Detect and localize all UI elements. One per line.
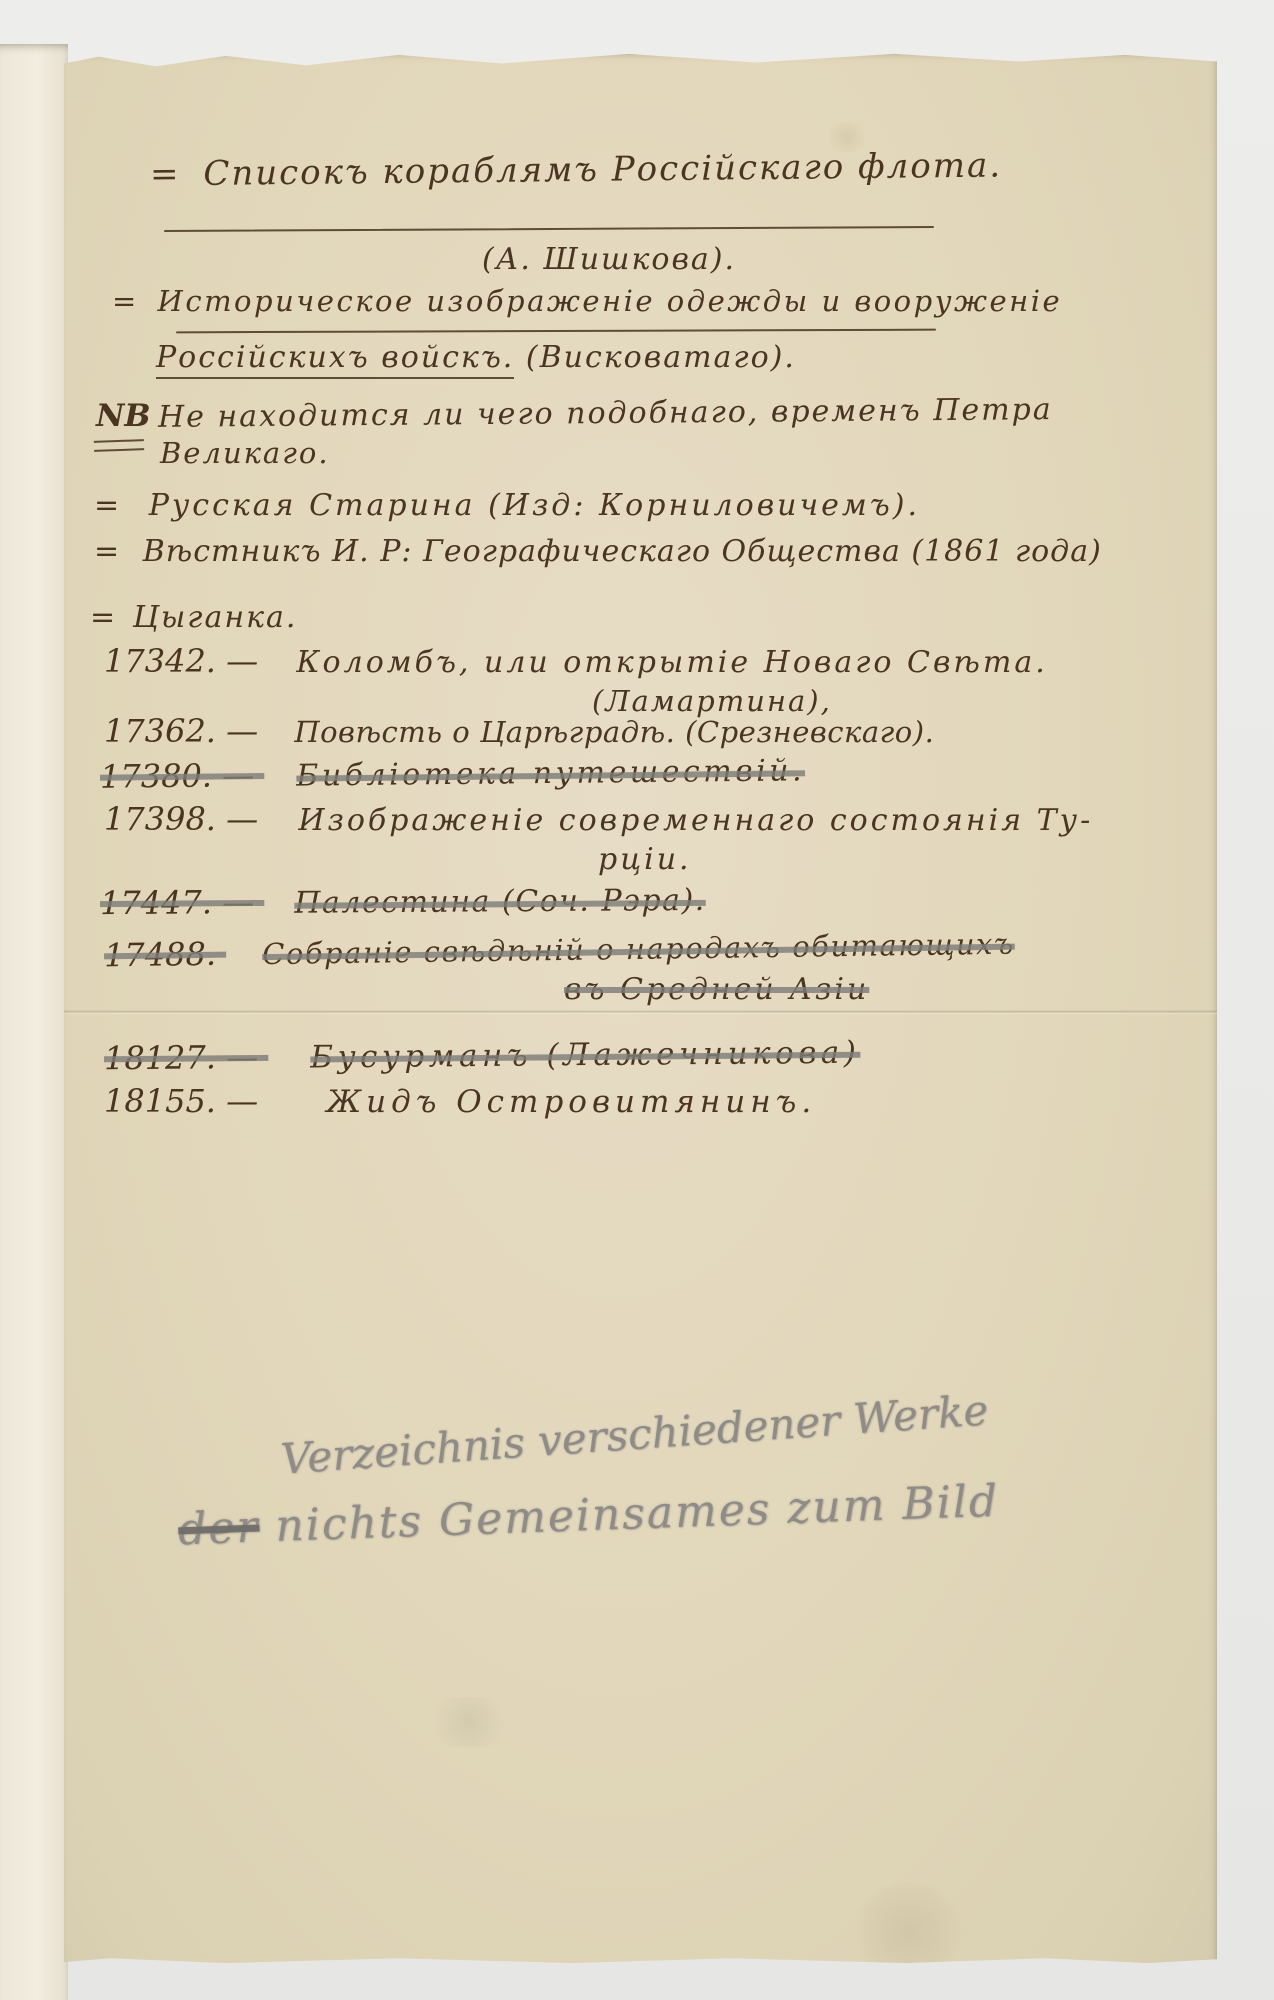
entry-line: (А. Шишкова). bbox=[482, 242, 736, 277]
entry-line-struck: 18127. — Бусурманъ (Лажечникова) bbox=[104, 1033, 861, 1078]
entry-line: = Русская Старина (Изд: Корниловичемъ). bbox=[94, 488, 920, 523]
entry-number: 17362. — bbox=[104, 712, 258, 750]
entry-line: Не находится ли чего подобнаго, временъ … bbox=[158, 392, 1053, 435]
entry-number: 17342. — bbox=[104, 642, 258, 680]
entry-line-struck: 17488. Собраніе свѣдѣній о народахъ обит… bbox=[104, 924, 1015, 975]
entry-line: = Цыганка. bbox=[90, 600, 297, 635]
entry-line: 17362. — Повѣсть о Царѣградѣ. (Срезневск… bbox=[104, 712, 934, 750]
scanned-document: = Списокъ кораблямъ Россійскаго флота. (… bbox=[0, 0, 1274, 2000]
manuscript-page: = Списокъ кораблямъ Россійскаго флота. (… bbox=[64, 52, 1217, 1964]
entry-line: = Вѣстникъ И. Р: Географическаго Обществ… bbox=[94, 534, 1102, 569]
entry-text: Списокъ кораблямъ Россійскаго флота. bbox=[203, 146, 1002, 194]
equals-marker: = bbox=[90, 600, 115, 635]
entry-line-struck: 17380. — Библіотека путешествій. bbox=[100, 750, 805, 795]
entry-text: Россійскихъ войскъ. bbox=[156, 340, 514, 379]
entry-text: Цыганка. bbox=[133, 600, 298, 635]
entry-text: Великаго. bbox=[160, 436, 330, 470]
entry-line: рціи. bbox=[598, 842, 692, 877]
fold-crease bbox=[64, 1010, 1217, 1014]
entry-text: Собраніе свѣдѣній о народахъ обитающихъ bbox=[262, 927, 1015, 972]
entry-line: = Историческое изображеніе одежды и воор… bbox=[112, 284, 1062, 318]
entry-text: Жидъ Островитянинъ. bbox=[326, 1084, 816, 1120]
entry-text: Изображеніе современнаго состоянія Ту- bbox=[298, 803, 1093, 838]
entry-line: 17398. — Изображеніе современнаго состоя… bbox=[104, 800, 1093, 838]
entry-number: 17488. bbox=[104, 935, 216, 975]
entry-line-struck: въ Средней Азіи bbox=[564, 972, 869, 1007]
entry-text: Палестина (Соч. Рэра). bbox=[294, 883, 706, 921]
underline-rule bbox=[164, 226, 934, 232]
equals-marker: = bbox=[150, 154, 179, 194]
equals-marker: = bbox=[94, 488, 119, 523]
entry-number: 18155. — bbox=[104, 1082, 258, 1120]
nb-marker: NB bbox=[96, 398, 151, 434]
entry-text: Историческое изображеніе одежды и вооруж… bbox=[158, 284, 1063, 318]
entry-line: Россійскихъ войскъ. (Висковатаго). bbox=[156, 340, 796, 375]
entry-text: Бусурманъ (Лажечникова) bbox=[310, 1035, 860, 1076]
entry-line: Великаго. bbox=[160, 436, 330, 470]
entry-text: Повѣсть о Царѣградѣ. (Срезневскаго). bbox=[294, 715, 934, 749]
entry-text: Не находится ли чего подобнаго, временъ … bbox=[158, 392, 1053, 435]
entry-text-2: (Висковатаго). bbox=[514, 340, 796, 375]
entry-text: (А. Шишкова). bbox=[482, 242, 736, 277]
entry-text: Коломбъ, или открытіе Новаго Свѣта. bbox=[296, 645, 1047, 680]
equals-marker: = bbox=[112, 284, 136, 318]
underline-rule bbox=[176, 329, 936, 333]
entry-number: 17398. — bbox=[104, 800, 258, 838]
equals-marker: = bbox=[94, 534, 119, 569]
entry-text: Вѣстникъ И. Р: Географическаго Общества … bbox=[143, 534, 1102, 569]
entry-text: Русская Старина (Изд: Корниловичемъ). bbox=[149, 488, 920, 523]
pencil-annotation-line2: der nichts Gemeinsames zum Bild bbox=[177, 1476, 1000, 1556]
paper-stain bbox=[854, 1882, 964, 1982]
entry-number: 17380. — bbox=[100, 756, 255, 796]
entry-text: рціи. bbox=[598, 842, 692, 877]
pencil-annotation-line1: Verzeichnis verschiedener Werke bbox=[279, 1385, 990, 1483]
entry-line-struck: 17447. — Палестина (Соч. Рэра). bbox=[100, 880, 706, 922]
entry-line: = Списокъ кораблямъ Россійскаго флота. bbox=[150, 146, 1002, 195]
entry-text: Библіотека путешествій. bbox=[296, 753, 805, 793]
pencil-struck-word: der bbox=[177, 1502, 260, 1556]
entry-line: 18155. — Жидъ Островитянинъ. bbox=[104, 1082, 816, 1120]
entry-number: 17447. — bbox=[100, 883, 254, 922]
backing-sheet bbox=[0, 44, 68, 2000]
entry-text: въ Средней Азіи bbox=[564, 972, 869, 1007]
nb-double-underline bbox=[94, 439, 144, 452]
entry-line: 17342. — Коломбъ, или открытіе Новаго Св… bbox=[104, 642, 1048, 680]
entry-number: 18127. — bbox=[104, 1038, 258, 1077]
paper-smudge bbox=[424, 1697, 514, 1747]
